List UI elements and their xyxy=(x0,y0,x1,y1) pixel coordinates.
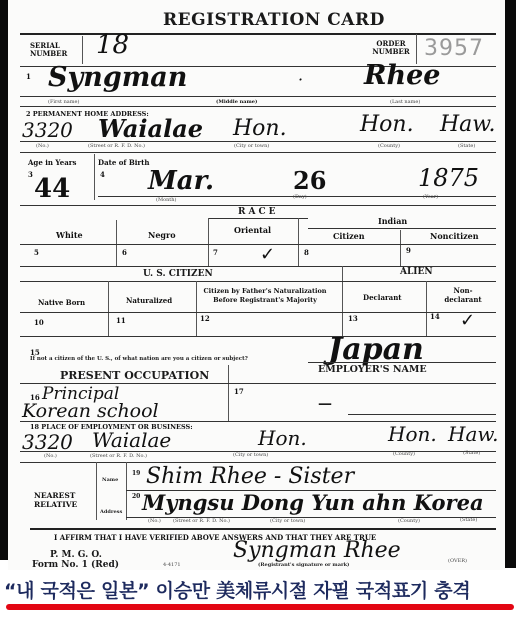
headline-text: “내 국적은 일본” 이승만 美체류시절 자필 국적표기 충격 xyxy=(4,576,470,603)
caption-no: (No.) xyxy=(148,518,161,524)
birth-month-value: Mar. xyxy=(148,166,214,196)
employment-state: Haw. xyxy=(448,422,498,446)
non-declarant-label: Non-declarant xyxy=(438,286,488,304)
caption-county: (County) xyxy=(393,451,415,457)
home-address-county: Hon. xyxy=(360,112,414,137)
relative-address-value: Myngsu Dong Yun ahn Korea xyxy=(142,490,484,515)
field-number: 5 xyxy=(34,248,39,257)
first-name-caption: (First name) xyxy=(48,99,79,105)
scan-border-right xyxy=(505,0,516,568)
employment-county: Hon. xyxy=(388,422,437,446)
employment-city: Hon. xyxy=(258,426,307,450)
home-address-number: 3320 xyxy=(22,118,73,142)
employer-heading: EMPLOYER'S NAME xyxy=(318,364,427,375)
headline-underline xyxy=(6,604,514,610)
race-negro-label: Negro xyxy=(148,230,176,240)
order-number-value: 3957 xyxy=(424,36,484,61)
field-number: 3 xyxy=(28,170,33,179)
occupation-value-line2: Korean school xyxy=(22,400,159,422)
scan-border-left xyxy=(0,0,8,560)
caption-city: (City or town) xyxy=(234,143,269,149)
relative-name-value: Shim Rhee - Sister xyxy=(146,464,354,489)
last-name-caption: (Last name) xyxy=(390,99,420,105)
age-value: 44 xyxy=(34,174,70,204)
race-white-label: White xyxy=(56,230,83,240)
middle-name-caption: (Middle name) xyxy=(216,99,257,105)
home-address-city: Hon. xyxy=(233,116,287,141)
caption-street: (Street or R. F. D. No.) xyxy=(90,453,147,459)
caption-year: (Year) xyxy=(423,194,438,200)
field-number: 6 xyxy=(122,248,127,257)
caption-city: (City or town) xyxy=(233,452,268,458)
caption-street: (Street or R. F. D. No.) xyxy=(173,518,230,524)
last-name-value: Rhee xyxy=(364,60,440,91)
field-number: 1 xyxy=(26,72,31,81)
registrant-signature: Syngman Rhee xyxy=(233,538,401,563)
home-address-state: Haw. xyxy=(440,112,496,137)
declarant-label: Declarant xyxy=(363,293,402,302)
birth-year-value: 1875 xyxy=(418,164,479,192)
caption-month: (Month) xyxy=(156,197,176,203)
caption-street: (Street or R. F. D. No.) xyxy=(88,143,145,149)
field-number: 14 xyxy=(430,312,440,321)
native-born-label: Native Born xyxy=(38,298,85,307)
alien-heading: ALIEN xyxy=(400,267,433,277)
first-name-value: Syngman xyxy=(48,62,187,93)
occupation-heading: PRESENT OCCUPATION xyxy=(60,369,209,382)
caption-county: (County) xyxy=(378,143,400,149)
field-number: 12 xyxy=(200,314,210,323)
nation-question: If not a citizen of the U. S., of what n… xyxy=(30,356,248,362)
race-indian-label: Indian xyxy=(378,216,407,226)
race-oriental-label: Oriental xyxy=(234,225,271,235)
age-label: Age in Years xyxy=(28,158,76,167)
card-title: REGISTRATION CARD xyxy=(163,10,385,30)
employment-street: Waialae xyxy=(92,428,171,452)
home-address-street: Waialae xyxy=(98,114,203,143)
naturalized-label: Naturalized xyxy=(126,296,172,305)
field-number: 10 xyxy=(34,318,44,327)
field-number: 8 xyxy=(304,248,309,257)
race-indian-noncitizen-label: Noncitizen xyxy=(430,231,479,241)
field-number: 4 xyxy=(100,170,105,179)
caption-state: (State) xyxy=(463,450,480,456)
field-number: 11 xyxy=(116,316,126,325)
birth-day-value: 26 xyxy=(293,166,326,195)
birth-label: Date of Birth xyxy=(98,158,149,167)
field-number: 17 xyxy=(234,387,244,396)
form-id-line1: P. M. G. O. xyxy=(50,550,102,560)
employer-value: — xyxy=(318,396,332,412)
field-number: 20 xyxy=(132,493,140,500)
field-number: 9 xyxy=(406,246,411,255)
caption-state: (State) xyxy=(460,517,477,523)
form-code: 4-4171 xyxy=(163,562,181,568)
over-label: (OVER) xyxy=(448,558,467,564)
race-indian-citizen-label: Citizen xyxy=(333,231,365,241)
caption-state: (State) xyxy=(458,143,475,149)
race-heading: RACE xyxy=(238,207,279,217)
caption-city: (City or town) xyxy=(270,518,305,524)
order-number-label: ORDER NUMBER xyxy=(371,40,411,56)
oriental-checkmark: ✓ xyxy=(260,244,275,265)
caption-no: (No.) xyxy=(36,143,49,149)
field-number: 7 xyxy=(213,248,218,257)
non-declarant-checkmark: ✓ xyxy=(460,310,475,331)
field-number: 13 xyxy=(348,314,358,323)
caption-no: (No.) xyxy=(44,453,57,459)
serial-number-label: SERIAL NUMBER xyxy=(30,42,70,58)
us-citizen-heading: U. S. CITIZEN xyxy=(143,269,213,279)
nearest-relative-label: NEAREST RELATIVE xyxy=(34,491,90,509)
serial-number-value: 18 xyxy=(96,30,129,60)
caption-day: (Day) xyxy=(293,194,307,200)
caption-county: (County) xyxy=(398,518,420,524)
signature-caption: (Registrant's signature or mark) xyxy=(258,562,349,568)
registration-card: REGISTRATION CARD SERIAL NUMBER 18 ORDER… xyxy=(8,0,505,570)
citizen-by-father-label: Citizen by Father's Naturalization Befor… xyxy=(200,287,330,305)
news-caption: “내 국적은 일본” 이승만 美체류시절 자필 국적표기 충격 xyxy=(0,574,520,618)
relative-name-label: Name xyxy=(102,477,118,483)
middle-name-value: · xyxy=(298,70,303,89)
relative-address-label: Address xyxy=(100,509,122,515)
field-number: 19 xyxy=(132,470,140,477)
form-id-line2: Form No. 1 (Red) xyxy=(32,560,119,570)
